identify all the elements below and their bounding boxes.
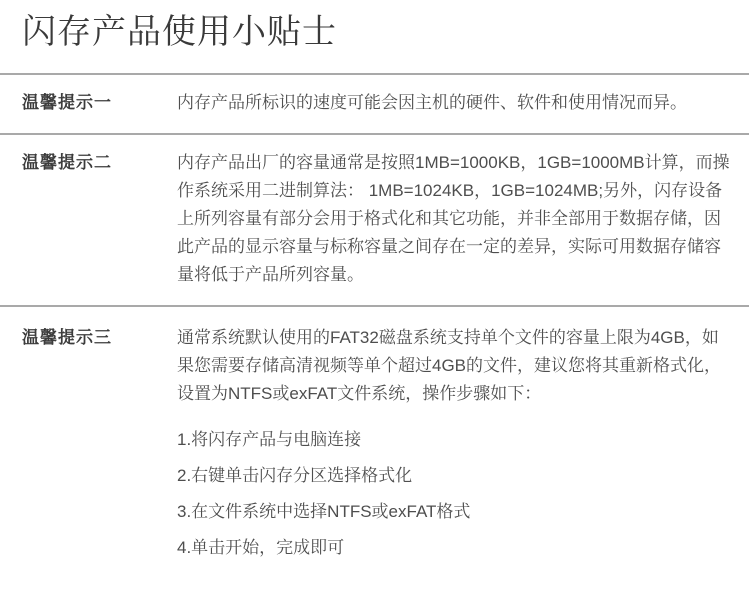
tip-label-1: 温馨提示一 [22,89,177,117]
tip-label-3: 温馨提示三 [22,324,177,352]
tip-content-2: 内存产品出厂的容量通常是按照1MB=1000KB，1GB=1000MB计算，而操… [177,149,737,289]
tip-step-4: 4.单击开始，完成即可 [177,534,733,562]
tip-row-1: 温馨提示一 内存产品所标识的速度可能会因主机的硬件、软件和使用情况而异。 [0,75,749,133]
tip-paragraph: 通常系统默认使用的FAT32磁盘系统支持单个文件的容量上限为4GB，如果您需要存… [177,324,733,408]
flash-tips-page: 闪存产品使用小贴士 温馨提示一 内存产品所标识的速度可能会因主机的硬件、软件和使… [0,0,749,594]
tip-row-2: 温馨提示二 内存产品出厂的容量通常是按照1MB=1000KB，1GB=1000M… [0,135,749,305]
tip-step-1: 1.将闪存产品与电脑连接 [177,426,733,454]
tip-content-1: 内存产品所标识的速度可能会因主机的硬件、软件和使用情况而异。 [177,89,737,117]
tip-label-2: 温馨提示二 [22,149,177,177]
tip-step-3: 3.在文件系统中选择NTFS或exFAT格式 [177,498,733,526]
tip-paragraph: 内存产品出厂的容量通常是按照1MB=1000KB，1GB=1000MB计算，而操… [177,149,733,289]
tip-row-3: 温馨提示三 通常系统默认使用的FAT32磁盘系统支持单个文件的容量上限为4GB，… [0,307,749,562]
tip-step-2: 2.右键单击闪存分区选择格式化 [177,462,733,490]
page-title: 闪存产品使用小贴士 [0,0,749,73]
tip-content-3: 通常系统默认使用的FAT32磁盘系统支持单个文件的容量上限为4GB，如果您需要存… [177,324,737,562]
tip-paragraph: 内存产品所标识的速度可能会因主机的硬件、软件和使用情况而异。 [177,89,733,117]
tip-steps-list: 1.将闪存产品与电脑连接 2.右键单击闪存分区选择格式化 3.在文件系统中选择N… [177,426,733,562]
